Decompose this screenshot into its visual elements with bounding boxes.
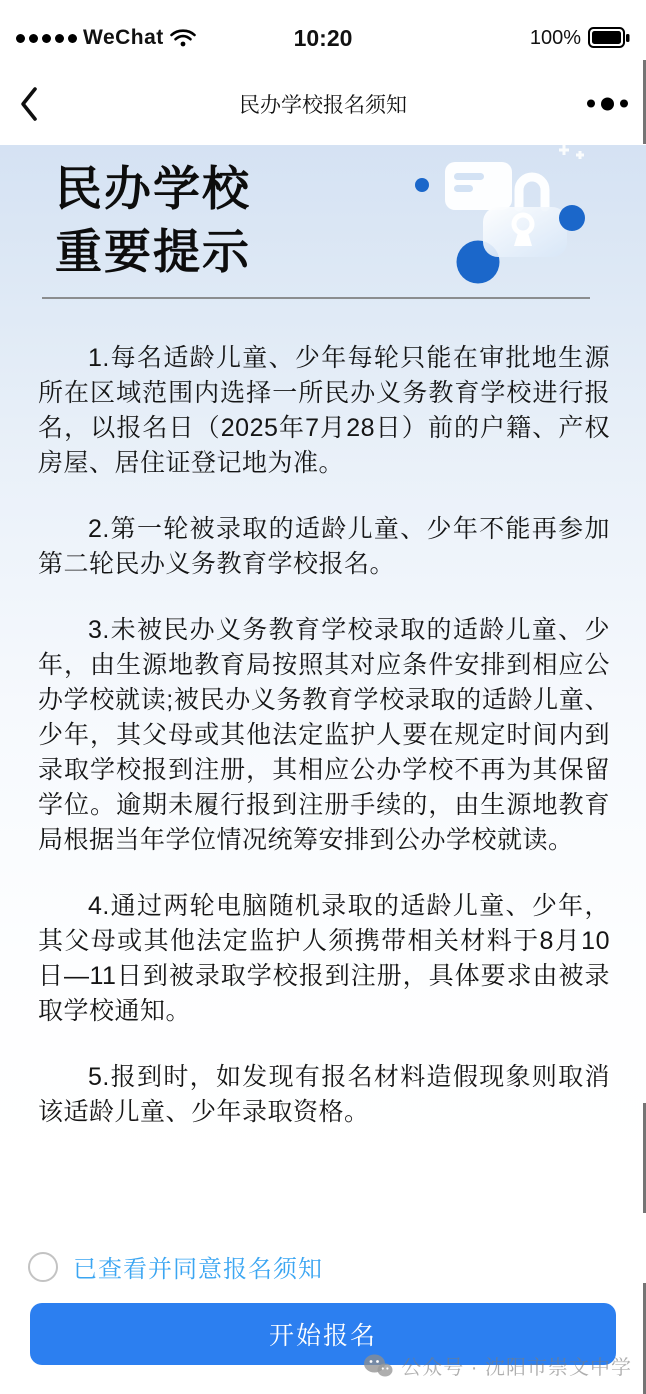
title-divider [42, 297, 590, 299]
wifi-icon [170, 28, 196, 48]
notice-paragraph-5: 5.报到时，如发现有报名材料造假现象则取消该适龄儿童、少年录取资格。 [38, 1060, 610, 1130]
agree-checkbox-row[interactable]: 已查看并同意报名须知 [28, 1249, 323, 1284]
signal-strength-icon [16, 34, 77, 43]
agree-checkbox[interactable] [28, 1252, 58, 1282]
page-title: 民办学校报名须知 [239, 89, 407, 119]
nav-bar: 民办学校报名须知 [0, 62, 646, 145]
notice-paragraph-1: 1.每名适龄儿童、少年每轮只能在审批地生源所在区域范围内选择一所民办义务教育学校… [38, 341, 610, 481]
watermark: 公众号 · 沈阳市崇文中学 [363, 1351, 632, 1380]
notice-header: 民办学校 重要提示 [0, 145, 646, 297]
notice-body: 1.每名适龄儿童、少年每轮只能在审批地生源所在区域范围内选择一所民办义务教育学校… [0, 299, 646, 1130]
document-card-icon [445, 162, 512, 210]
notice-paragraph-2: 2.第一轮被录取的适龄儿童、少年不能再参加第二轮民办义务教育学校报名。 [38, 512, 610, 582]
notice-panel: 民办学校 重要提示 [0, 145, 646, 1394]
battery-percent-label: 100% [530, 27, 581, 50]
notice-title-line1: 民办学校 [55, 157, 251, 220]
battery-icon [588, 27, 630, 49]
notice-paragraph-3: 3.未被民办义务教育学校录取的适龄儿童、少年，由生源地教育局按照其对应条件安排到… [38, 613, 610, 858]
notice-title-line2: 重要提示 [55, 220, 251, 283]
start-registration-label: 开始报名 [269, 1316, 377, 1352]
lock-document-illustration [396, 145, 646, 305]
status-left: WeChat [16, 26, 196, 50]
status-right: 100% [530, 27, 630, 50]
lock-shackle [519, 177, 545, 207]
watermark-text: 公众号 · 沈阳市崇文中学 [401, 1351, 632, 1380]
ellipsis-icon [587, 100, 595, 108]
back-button[interactable] [12, 84, 46, 124]
wechat-logo-icon [363, 1353, 393, 1379]
notice-title: 民办学校 重要提示 [55, 157, 251, 283]
notice-paragraph-4: 4.通过两轮电脑随机录取的适龄儿童、少年，其父母或其他法定监护人须携带相关材料于… [38, 889, 610, 1029]
status-bar: WeChat 10:20 100% [0, 0, 646, 62]
carrier-label: WeChat [83, 26, 164, 50]
deco-circle-medium [559, 205, 585, 231]
deco-dot [415, 178, 429, 192]
more-menu-button[interactable] [585, 89, 630, 118]
chevron-left-icon [19, 86, 39, 122]
sparkle-plus-icon [559, 145, 584, 159]
agree-label: 已查看并同意报名须知 [73, 1249, 323, 1284]
phone-screen: WeChat 10:20 100% [0, 0, 646, 1394]
